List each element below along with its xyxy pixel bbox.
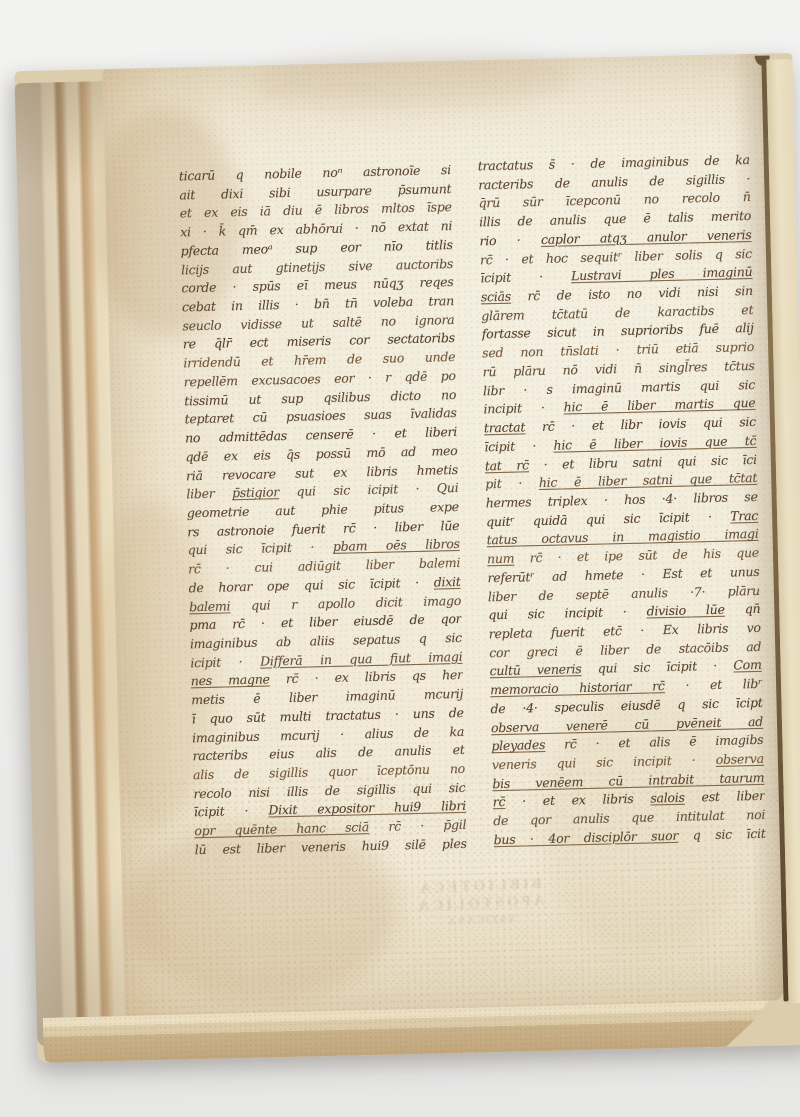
underlined-phrase: pleyades (491, 737, 545, 753)
underlined-phrase: Dixit expositor hui9 libri (268, 798, 466, 818)
underlined-phrase: p̄stigior (232, 484, 279, 500)
text-segment: īcipit · (480, 269, 571, 286)
stamp-line2: VATICANA (369, 911, 593, 931)
text-segment: qn̄ (724, 601, 760, 617)
underlined-phrase: opr quēnte hanc sciā (194, 819, 369, 838)
photo-background: { "photo": { "background_color": "#edede… (0, 0, 800, 1117)
text-segment: icipit · (190, 653, 260, 670)
text-segment: qui sic īcipit · (188, 539, 334, 557)
text-segment: incipit · (483, 400, 564, 417)
stamp-line1: BIBLIOTECA APOSTOLICA (367, 874, 592, 917)
text-segment: rc̄ · ex libris qs her (270, 667, 463, 687)
text-segment: tractatus s̄ · de imaginibus de ka (478, 152, 750, 173)
text-segment: qui sic icipit · Qui (279, 480, 459, 499)
text-segment: rio · (479, 232, 541, 248)
underlined-phrase: pbam oēs libros (333, 536, 460, 554)
underlined-phrase: cultū veneris (490, 662, 582, 679)
underlined-phrase: tat rc̄ (485, 457, 529, 473)
underlined-phrase: sciās (481, 289, 511, 305)
text-segment: pit · (485, 475, 539, 491)
text-segment: · et libʳ (664, 676, 762, 693)
underlined-phrase: dixit (434, 574, 461, 590)
text-segment: · et ex libris (505, 791, 650, 809)
underlined-phrase: observa (716, 751, 764, 767)
parchment-stain (252, 46, 573, 114)
text-column-right: tractatus s̄ · de imaginibus de karacter… (478, 152, 766, 851)
underlined-phrase: divisio lūe (646, 602, 724, 619)
underlined-phrase: hic ē liber martis que (564, 395, 756, 415)
text-segment: est liber (684, 788, 764, 805)
parchment-page: ticarū q nobile noⁿ astronoīe siait dixi… (102, 54, 783, 1016)
text-column-left: ticarū q nobile noⁿ astronoīe siait dixi… (179, 162, 467, 861)
underlined-phrase: num (487, 551, 515, 567)
underlined-phrase: Com (733, 657, 762, 673)
text-segment: qui sic īcipit · (581, 658, 733, 677)
text-segment: īcipit · (484, 437, 554, 454)
underlined-phrase: bus · 4or disciplōr suor (493, 828, 678, 847)
text-segment: liber (186, 486, 232, 502)
underlined-phrase: Lustravi ples imaginū (571, 264, 753, 283)
text-segment: īcipit · (194, 803, 269, 820)
underlined-phrase: salois (650, 790, 685, 806)
manuscript-book: ticarū q nobile noⁿ astronoīe siait dixi… (14, 53, 800, 1063)
underlined-phrase: nes magne (191, 672, 270, 689)
text-segment: rc̄ · p̄gil (369, 817, 467, 834)
underlined-phrase: Trac (730, 508, 758, 524)
text-segment: ticarū q nobile noⁿ astronoīe si (179, 162, 451, 183)
stamp-showthrough: BIBLIOTECA APOSTOLICA VATICANA (367, 874, 593, 931)
underlined-phrase: memoracio historiar rc̄ (490, 678, 665, 697)
text-segment: q sic īcit (678, 826, 766, 843)
underlined-phrase: rc̄ (493, 794, 506, 809)
underlined-phrase: balemi (189, 598, 231, 614)
underlined-phrase: tractat (484, 419, 526, 435)
text-segment: qui sic incipit · (488, 604, 647, 623)
